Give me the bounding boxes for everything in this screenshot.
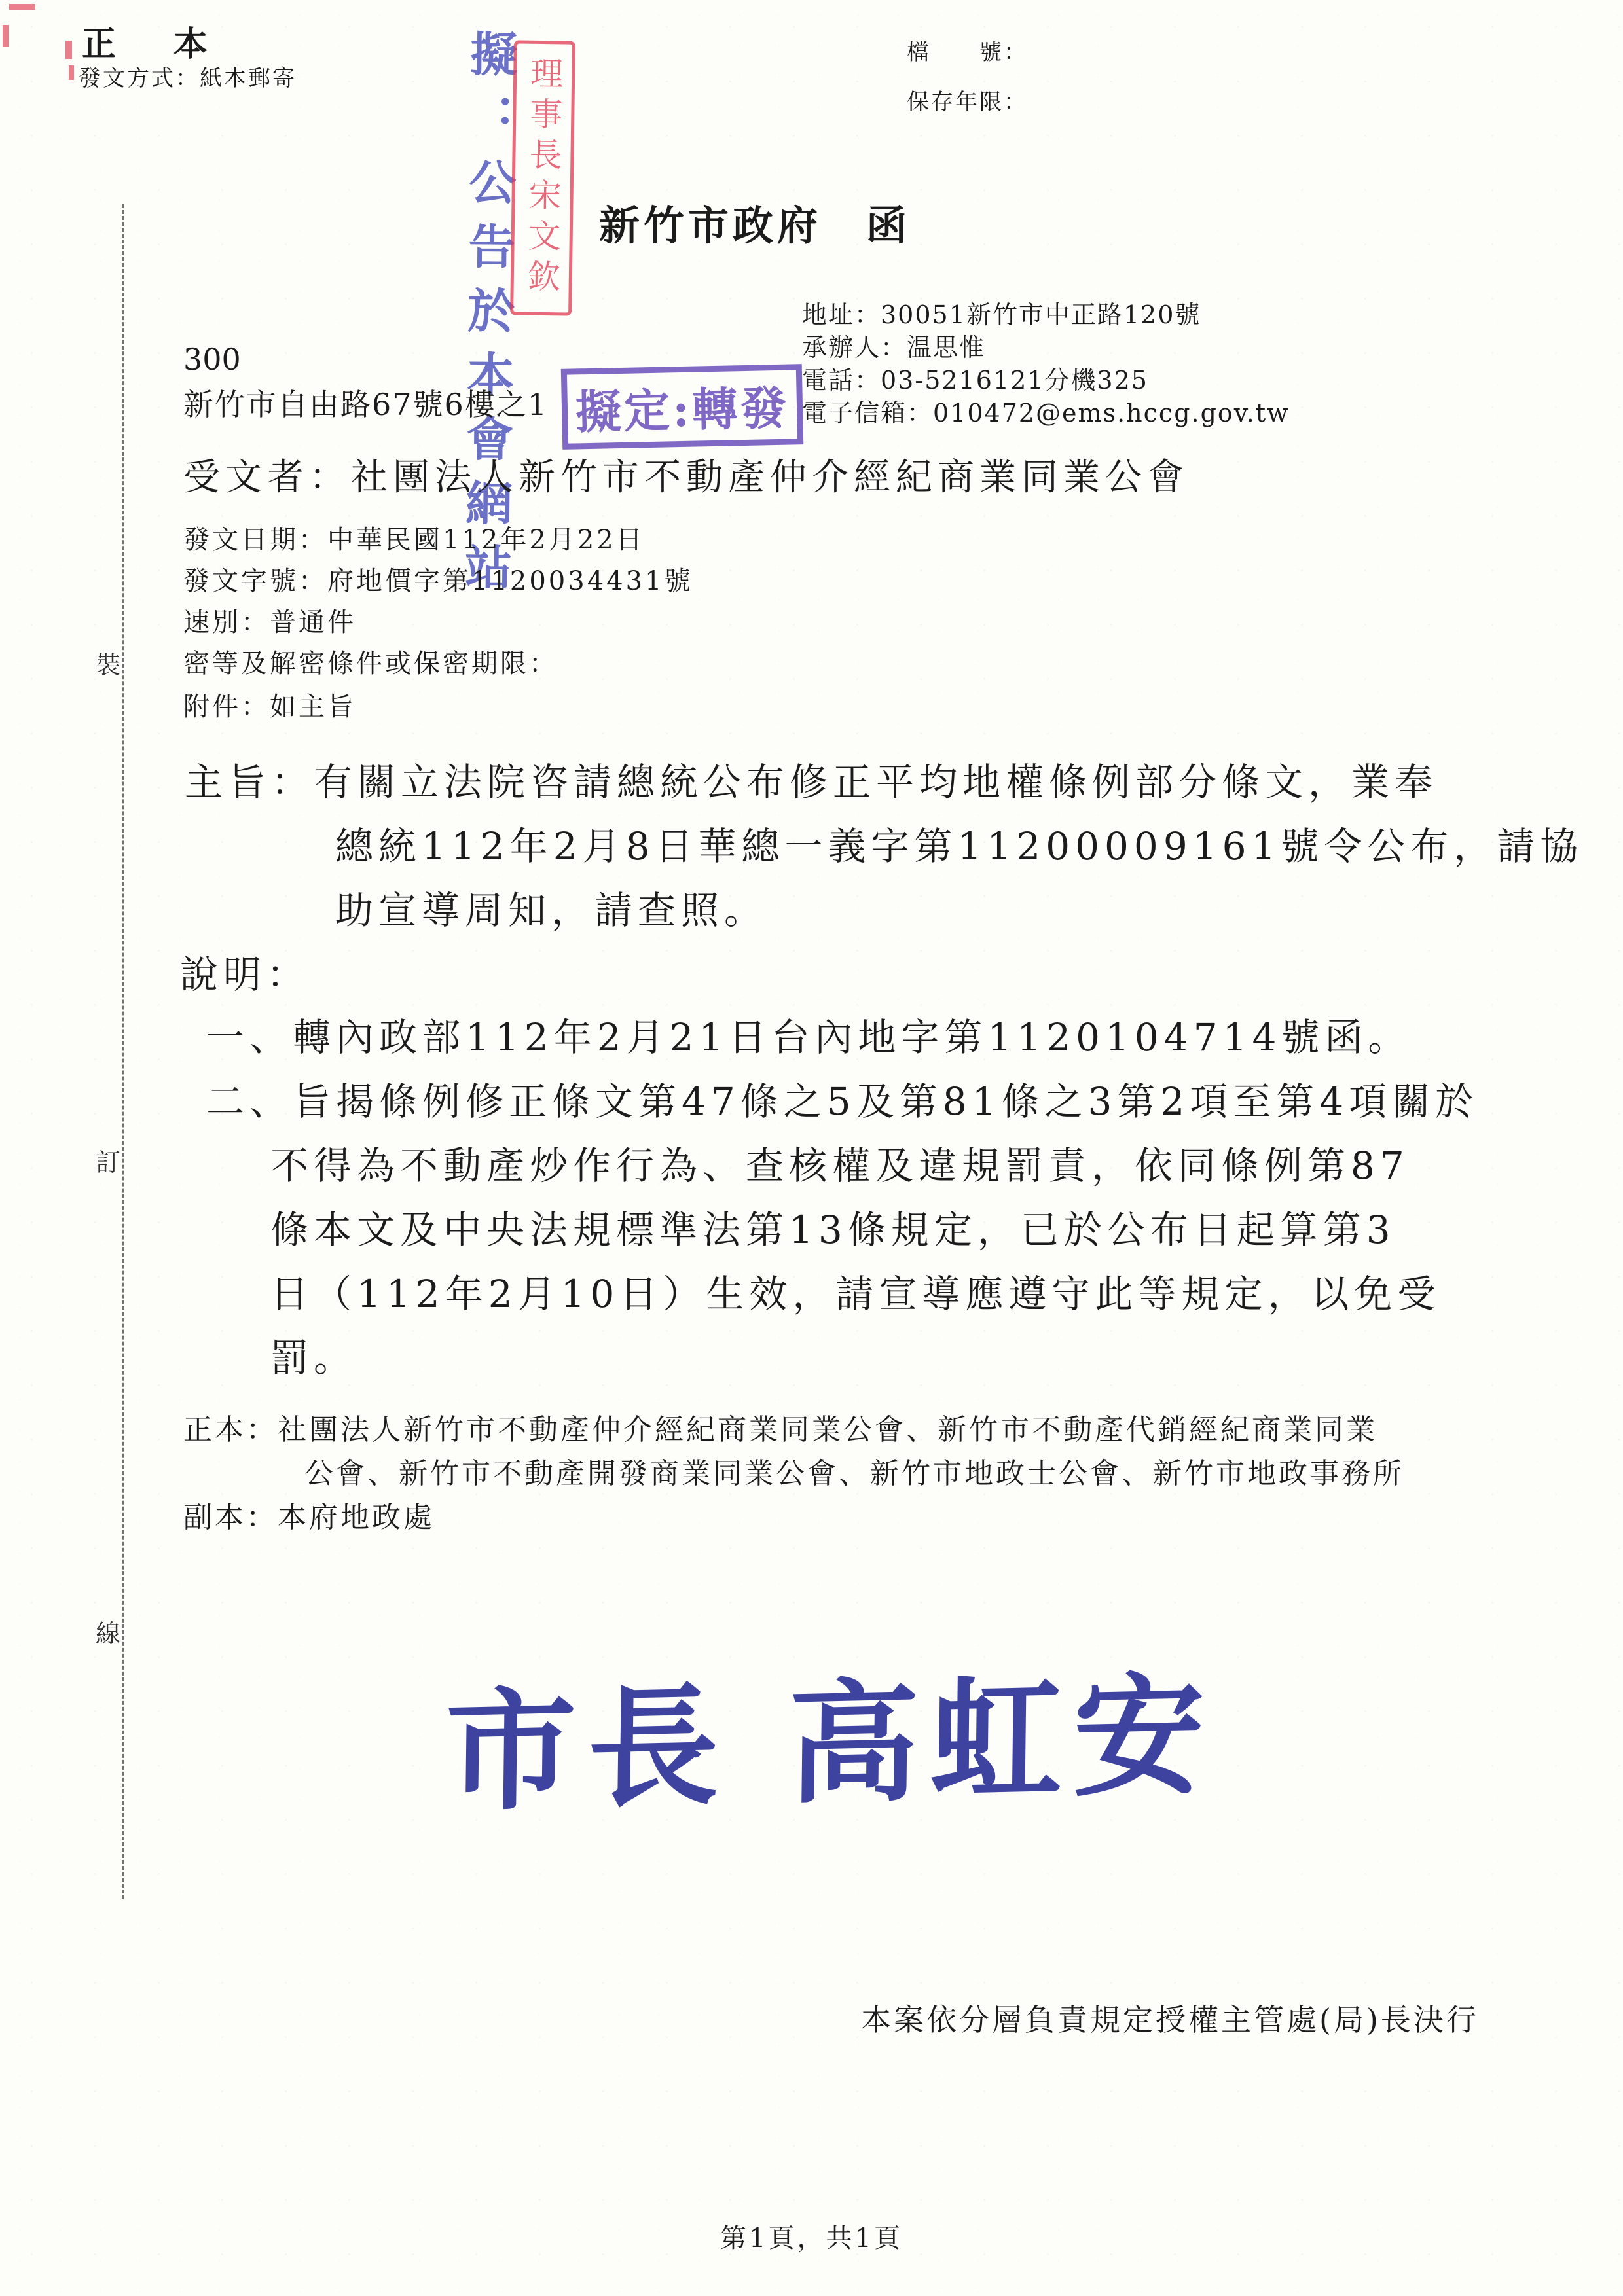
scan-mark — [3, 25, 9, 47]
issue-date: 發文日期：中華民國112年2月22日 — [183, 519, 645, 556]
disposition-purple-stamp: 擬定:轉發 — [561, 364, 803, 450]
retention-label: 保存年限： — [907, 84, 1028, 116]
copy-recipients: 副本：本府地政處 — [183, 1494, 435, 1535]
original-recipients-line-2: 公會、新竹市不動產開發商業同業公會、新竹市地政士公會、新竹市地政事務所 — [304, 1450, 1404, 1492]
page-number: 第1頁，共1頁 — [0, 2217, 1623, 2255]
explanation-item-2-line-2: 不得為不動產炒作行為、查核權及違規罰責，依同條例第87 — [270, 1135, 1410, 1190]
security-class: 密等及解密條件或保密期限： — [183, 643, 558, 680]
binding-margin-line — [122, 204, 124, 1899]
subject-line-3: 助宣導周知，請查照。 — [335, 880, 767, 935]
file-number-label: 檔 號： — [907, 34, 1028, 66]
explanation-item-2-line-3: 條本文及中央法規標準法第13條規定，已於公布日起算第3 — [270, 1199, 1396, 1254]
doc-number: 發文字號：府地價字第1120034431號 — [183, 560, 693, 598]
scan-mark — [9, 4, 35, 10]
scan-mark — [69, 65, 74, 80]
agency-contact-person: 承辦人：温思惟 — [802, 327, 985, 363]
recipient-postal-code: 300 — [183, 342, 241, 377]
attachment-note: 附件：如主旨 — [183, 686, 356, 723]
mayor-signature: 市長 高虹安 — [444, 1631, 1217, 1837]
delivery-method: 發文方式：紙本郵寄 — [79, 60, 297, 92]
explanation-item-2-line-5: 罰。 — [270, 1327, 357, 1382]
explanation-item-1: 一、轉內政部112年2月21日台內地字第1120104714號函。 — [206, 1007, 1411, 1062]
subject-line-2: 總統112年2月8日華總一義字第11200009161號令公布，請協 — [335, 816, 1583, 870]
explanation-item-2-line-1: 二、旨揭條例修正條文第47條之5及第81條之3第2項至第4項關於 — [206, 1071, 1478, 1126]
subject-line-1: 主旨：有關立法院咨請總統公布修正平均地權條例部分條文，業奉 — [185, 751, 1438, 806]
speed-class: 速別：普通件 — [183, 601, 356, 639]
authorization-note: 本案依分層負責規定授權主管處(局)長決行 — [861, 1996, 1479, 2039]
recipient-street-address: 新竹市自由路67號6樓之1 — [183, 381, 548, 424]
chairman-red-stamp: 理事長宋文欽 — [510, 40, 575, 315]
agency-phone: 電話：03-5216121分機325 — [802, 360, 1148, 396]
recipient-line: 受文者：社團法人新竹市不動產仲介經紀商業同業公會 — [183, 448, 1189, 501]
agency-address: 地址：30051新竹市中正路120號 — [802, 295, 1201, 331]
explanation-label: 說明： — [180, 944, 310, 999]
scanned-official-letter: 正 本 發文方式：紙本郵寄 檔 號： 保存年限： 擬：公告於本會網站 理事長宋文… — [0, 0, 1623, 2296]
scan-mark — [65, 41, 72, 59]
letter-title: 新竹市政府 函 — [599, 193, 911, 251]
binding-mark-ding: 訂 — [96, 1142, 120, 1178]
binding-mark-xian: 線 — [96, 1613, 120, 1649]
explanation-item-2-line-4: 日（112年2月10日）生效，請宣導應遵守此等規定，以免受 — [270, 1263, 1440, 1318]
copy-type-label: 正 本 — [82, 16, 219, 65]
binding-mark-zhuang: 裝 — [96, 645, 120, 681]
original-recipients-line-1: 正本：社團法人新竹市不動產仲介經紀商業同業公會、新竹市不動產代銷經紀商業同業 — [183, 1406, 1377, 1448]
agency-email: 電子信箱：010472@ems.hccg.gov.tw — [802, 393, 1290, 429]
